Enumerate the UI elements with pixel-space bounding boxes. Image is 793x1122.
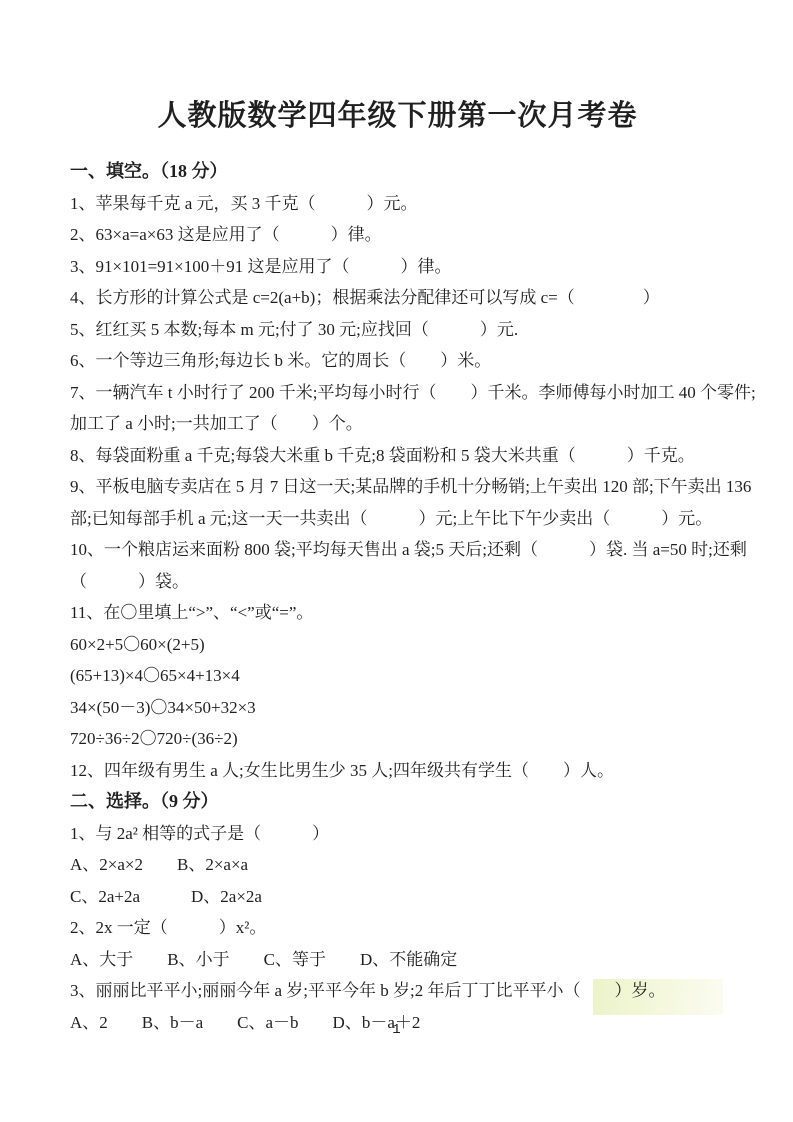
page-content: 人教版数学四年级下册第一次月考卷 一、填空。（18 分） 1、苹果每千克 a 元… [70,98,725,1038]
comparison-expression-2: (65+13)×4〇65×4+13×4 [70,660,725,692]
choice-question-1: 1、与 2a² 相等的式子是（ ） [70,818,725,850]
question-line-9: 9、平板电脑专卖店在 5 月 7 日这一天;某品牌的手机十分畅销;上午卖出 12… [70,471,725,503]
question-line-6: 6、一个等边三角形;每边长 b 米。它的周长（ ）米。 [70,345,725,377]
comparison-expression-1: 60×2+5〇60×(2+5) [70,629,725,661]
page-title: 人教版数学四年级下册第一次月考卷 [70,98,725,134]
comparison-expression-3: 34×(50－3)〇34×50+32×3 [70,692,725,724]
page-number: 1 [0,1022,793,1038]
question-line-7-continued: 加工了 a 小时;一共加工了（ ）个。 [70,408,725,440]
question-line-8: 8、每袋面粉重 a 千克;每袋大米重 b 千克;8 袋面粉和 5 袋大米共重（ … [70,440,725,472]
question-line-4: 4、长方形的计算公式是 c=2(a+b)；根据乘法分配律还可以写成 c=（ ） [70,282,725,314]
question-line-2: 2、63×a=a×63 这是应用了（ ）律。 [70,219,725,251]
question-line-10-continued: （ ）袋。 [70,566,725,598]
choice-options-1-ab: A、2×a×2 B、2×a×a [70,849,725,881]
question-line-10: 10、一个粮店运来面粉 800 袋;平均每天售出 a 袋;5 天后;还剩（ ）袋… [70,534,725,566]
exam-paper-page: 人教版数学四年级下册第一次月考卷 一、填空。（18 分） 1、苹果每千克 a 元… [0,0,793,1122]
question-line-11: 11、在〇里填上“>”、“<”或“=”。 [70,597,725,629]
question-line-9-continued: 部;已知每部手机 a 元;这一天一共卖出（ ）元;上午比下午少卖出（ ）元。 [70,503,725,535]
choice-options-2: A、大于 B、小于 C、等于 D、不能确定 [70,944,725,976]
question-line-5: 5、红红买 5 本数;每本 m 元;付了 30 元;应找回（ ）元. [70,314,725,346]
question-line-7: 7、一辆汽车 t 小时行了 200 千米;平均每小时行（ ）千米。李师傅每小时加… [70,377,725,409]
question-line-12: 12、四年级有男生 a 人;女生比男生少 35 人;四年级共有学生（ ）人。 [70,755,725,787]
choice-question-2: 2、2x 一定（ ）x²。 [70,912,725,944]
section-heading-fill-in: 一、填空。（18 分） [70,156,725,188]
choice-question-3-text: 3、丽丽比平平小;丽丽今年 a 岁;平平今年 b 岁;2 年后丁丁比平平小（ [70,981,597,1000]
comparison-expression-4: 720÷36÷2〇720÷(36÷2) [70,723,725,755]
question-line-3: 3、91×101=91×100＋91 这是应用了（ ）律。 [70,251,725,283]
section-heading-choice: 二、选择。（9 分） [70,786,725,818]
question-line-1: 1、苹果每千克 a 元，买 3 千克（ ）元。 [70,188,725,220]
answer-highlight: ）岁。 [593,979,723,1015]
choice-options-1-cd: C、2a+2a D、2a×2a [70,881,725,913]
choice-question-3: 3、丽丽比平平小;丽丽今年 a 岁;平平今年 b 岁;2 年后丁丁比平平小（ ）… [70,975,725,1007]
